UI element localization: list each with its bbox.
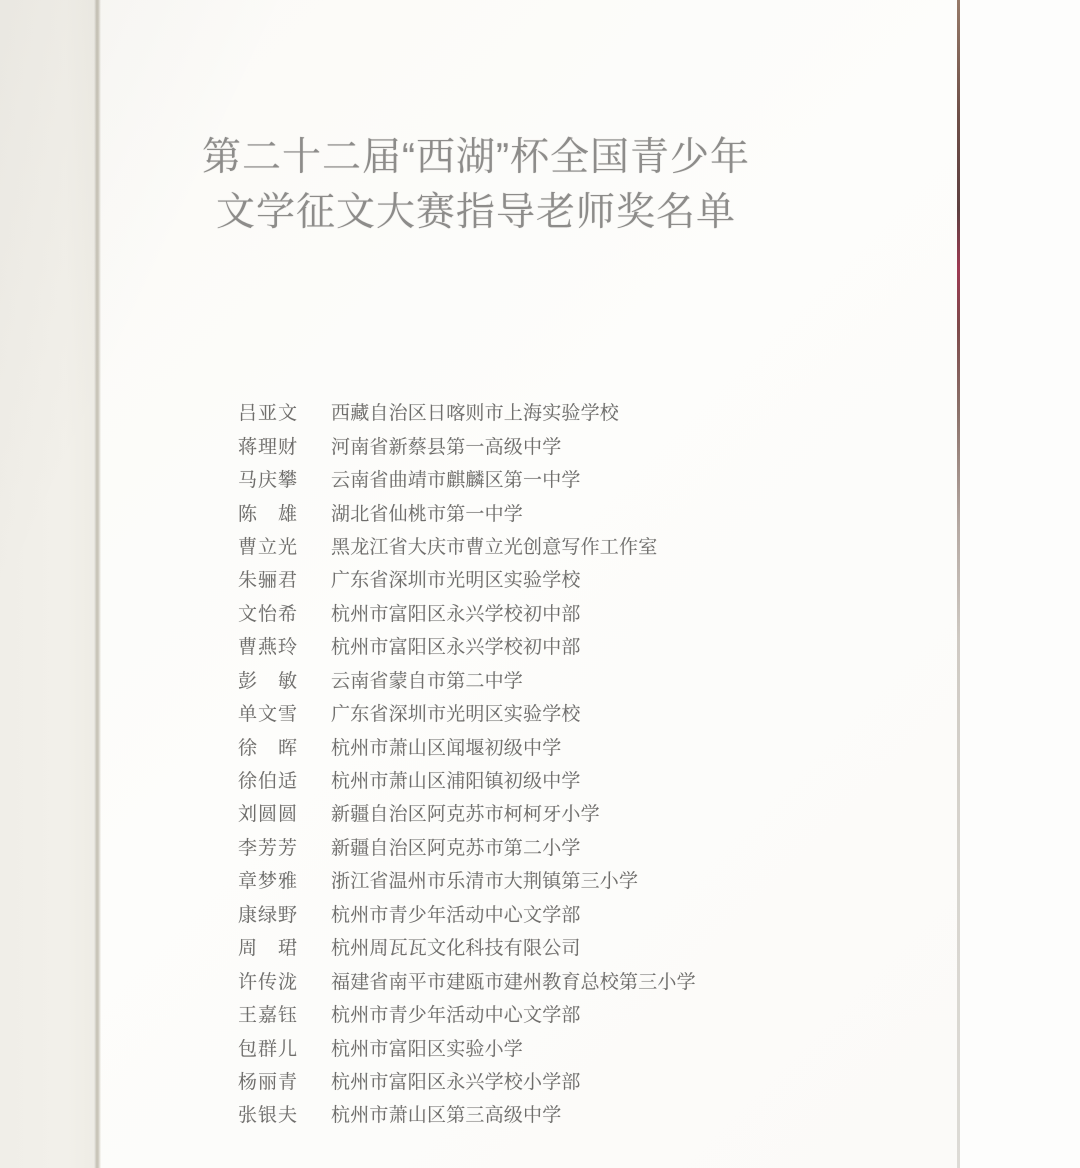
list-row: 曹立光 黑龙江省大庆市曹立光创意写作工作室 bbox=[238, 529, 696, 562]
teacher-name: 刘圆圆 bbox=[238, 799, 300, 826]
teacher-name: 单文雪 bbox=[238, 699, 300, 726]
teacher-name: 朱骊君 bbox=[238, 565, 300, 592]
school-name: 浙江省温州市乐清市大荆镇第三小学 bbox=[331, 866, 638, 893]
title-line-1: 第二十二届“西湖”杯全国青少年 bbox=[96, 130, 856, 185]
list-row: 朱骊君 广东省深圳市光明区实验学校 bbox=[238, 562, 696, 595]
title-line-2: 文学征文大赛指导老师奖名单 bbox=[96, 185, 856, 240]
teacher-name: 包群儿 bbox=[238, 1034, 300, 1061]
teacher-name: 徐 晖 bbox=[238, 733, 300, 760]
list-row: 康绿野 杭州市青少年活动中心文学部 bbox=[238, 897, 696, 930]
list-row: 单文雪 广东省深圳市光明区实验学校 bbox=[238, 696, 696, 729]
school-name: 杭州周瓦瓦文化科技有限公司 bbox=[331, 933, 581, 960]
list-row: 章梦雅 浙江省温州市乐清市大荆镇第三小学 bbox=[238, 863, 696, 896]
list-row: 徐伯适 杭州市萧山区浦阳镇初级中学 bbox=[238, 763, 696, 796]
page-left-margin bbox=[0, 0, 94, 1168]
school-name: 西藏自治区日喀则市上海实验学校 bbox=[331, 398, 619, 425]
list-row: 吕亚文 西藏自治区日喀则市上海实验学校 bbox=[238, 395, 696, 428]
page-right-margin bbox=[960, 0, 1080, 1168]
list-row: 刘圆圆 新疆自治区阿克苏市柯柯牙小学 bbox=[238, 796, 696, 829]
school-name: 杭州市萧山区闻堰初级中学 bbox=[331, 733, 561, 760]
school-name: 杭州市富阳区永兴学校初中部 bbox=[331, 599, 581, 626]
teacher-name: 康绿野 bbox=[238, 900, 300, 927]
list-row: 文怡希 杭州市富阳区永兴学校初中部 bbox=[238, 596, 696, 629]
teacher-name: 吕亚文 bbox=[238, 398, 300, 425]
list-row: 彭 敏 云南省蒙自市第二中学 bbox=[238, 663, 696, 696]
school-name: 黑龙江省大庆市曹立光创意写作工作室 bbox=[331, 532, 657, 559]
list-row: 周 珺 杭州周瓦瓦文化科技有限公司 bbox=[238, 930, 696, 963]
school-name: 新疆自治区阿克苏市柯柯牙小学 bbox=[331, 799, 600, 826]
list-row: 陈 雄 湖北省仙桃市第一中学 bbox=[238, 495, 696, 528]
list-row: 张银夫 杭州市萧山区第三高级中学 bbox=[238, 1097, 696, 1130]
school-name: 杭州市青少年活动中心文学部 bbox=[331, 900, 581, 927]
page-title: 第二十二届“西湖”杯全国青少年 文学征文大赛指导老师奖名单 bbox=[96, 130, 856, 240]
teacher-name: 陈 雄 bbox=[238, 499, 300, 526]
list-row: 许传泷 福建省南平市建瓯市建州教育总校第三小学 bbox=[238, 963, 696, 996]
teacher-name: 周 珺 bbox=[238, 933, 300, 960]
list-row: 马庆攀 云南省曲靖市麒麟区第一中学 bbox=[238, 462, 696, 495]
teacher-name: 张银夫 bbox=[238, 1100, 300, 1127]
teacher-name: 马庆攀 bbox=[238, 465, 300, 492]
school-name: 广东省深圳市光明区实验学校 bbox=[331, 699, 581, 726]
teacher-name: 杨丽青 bbox=[238, 1067, 300, 1094]
list-row: 李芳芳 新疆自治区阿克苏市第二小学 bbox=[238, 830, 696, 863]
teacher-name: 李芳芳 bbox=[238, 833, 300, 860]
list-row: 蒋理财 河南省新蔡县第一高级中学 bbox=[238, 428, 696, 461]
teacher-name: 曹立光 bbox=[238, 532, 300, 559]
teacher-name: 王嘉钰 bbox=[238, 1000, 300, 1027]
list-row: 徐 晖 杭州市萧山区闻堰初级中学 bbox=[238, 729, 696, 762]
school-name: 福建省南平市建瓯市建州教育总校第三小学 bbox=[331, 967, 696, 994]
school-name: 杭州市富阳区永兴学校小学部 bbox=[331, 1067, 581, 1094]
school-name: 杭州市萧山区第三高级中学 bbox=[331, 1100, 561, 1127]
school-name: 杭州市富阳区永兴学校初中部 bbox=[331, 632, 581, 659]
school-name: 云南省蒙自市第二中学 bbox=[331, 666, 523, 693]
teacher-name: 徐伯适 bbox=[238, 766, 300, 793]
teacher-name: 蒋理财 bbox=[238, 432, 300, 459]
list-row: 包群儿 杭州市富阳区实验小学 bbox=[238, 1030, 696, 1063]
school-name: 河南省新蔡县第一高级中学 bbox=[331, 432, 561, 459]
teacher-name: 彭 敏 bbox=[238, 666, 300, 693]
award-list: 吕亚文 西藏自治区日喀则市上海实验学校 蒋理财 河南省新蔡县第一高级中学 马庆攀… bbox=[238, 395, 696, 1131]
school-name: 杭州市青少年活动中心文学部 bbox=[331, 1000, 581, 1027]
school-name: 新疆自治区阿克苏市第二小学 bbox=[331, 833, 581, 860]
teacher-name: 文怡希 bbox=[238, 599, 300, 626]
list-row: 杨丽青 杭州市富阳区永兴学校小学部 bbox=[238, 1064, 696, 1097]
list-row: 曹燕玲 杭州市富阳区永兴学校初中部 bbox=[238, 629, 696, 662]
scanned-page-photo: 第二十二届“西湖”杯全国青少年 文学征文大赛指导老师奖名单 吕亚文 西藏自治区日… bbox=[0, 0, 1080, 1168]
school-name: 广东省深圳市光明区实验学校 bbox=[331, 565, 581, 592]
teacher-name: 曹燕玲 bbox=[238, 632, 300, 659]
school-name: 杭州市富阳区实验小学 bbox=[331, 1034, 523, 1061]
school-name: 湖北省仙桃市第一中学 bbox=[331, 499, 523, 526]
teacher-name: 章梦雅 bbox=[238, 866, 300, 893]
teacher-name: 许传泷 bbox=[238, 967, 300, 994]
list-row: 王嘉钰 杭州市青少年活动中心文学部 bbox=[238, 997, 696, 1030]
school-name: 云南省曲靖市麒麟区第一中学 bbox=[331, 465, 581, 492]
book-cover-edge-line bbox=[957, 0, 960, 1168]
school-name: 杭州市萧山区浦阳镇初级中学 bbox=[331, 766, 581, 793]
